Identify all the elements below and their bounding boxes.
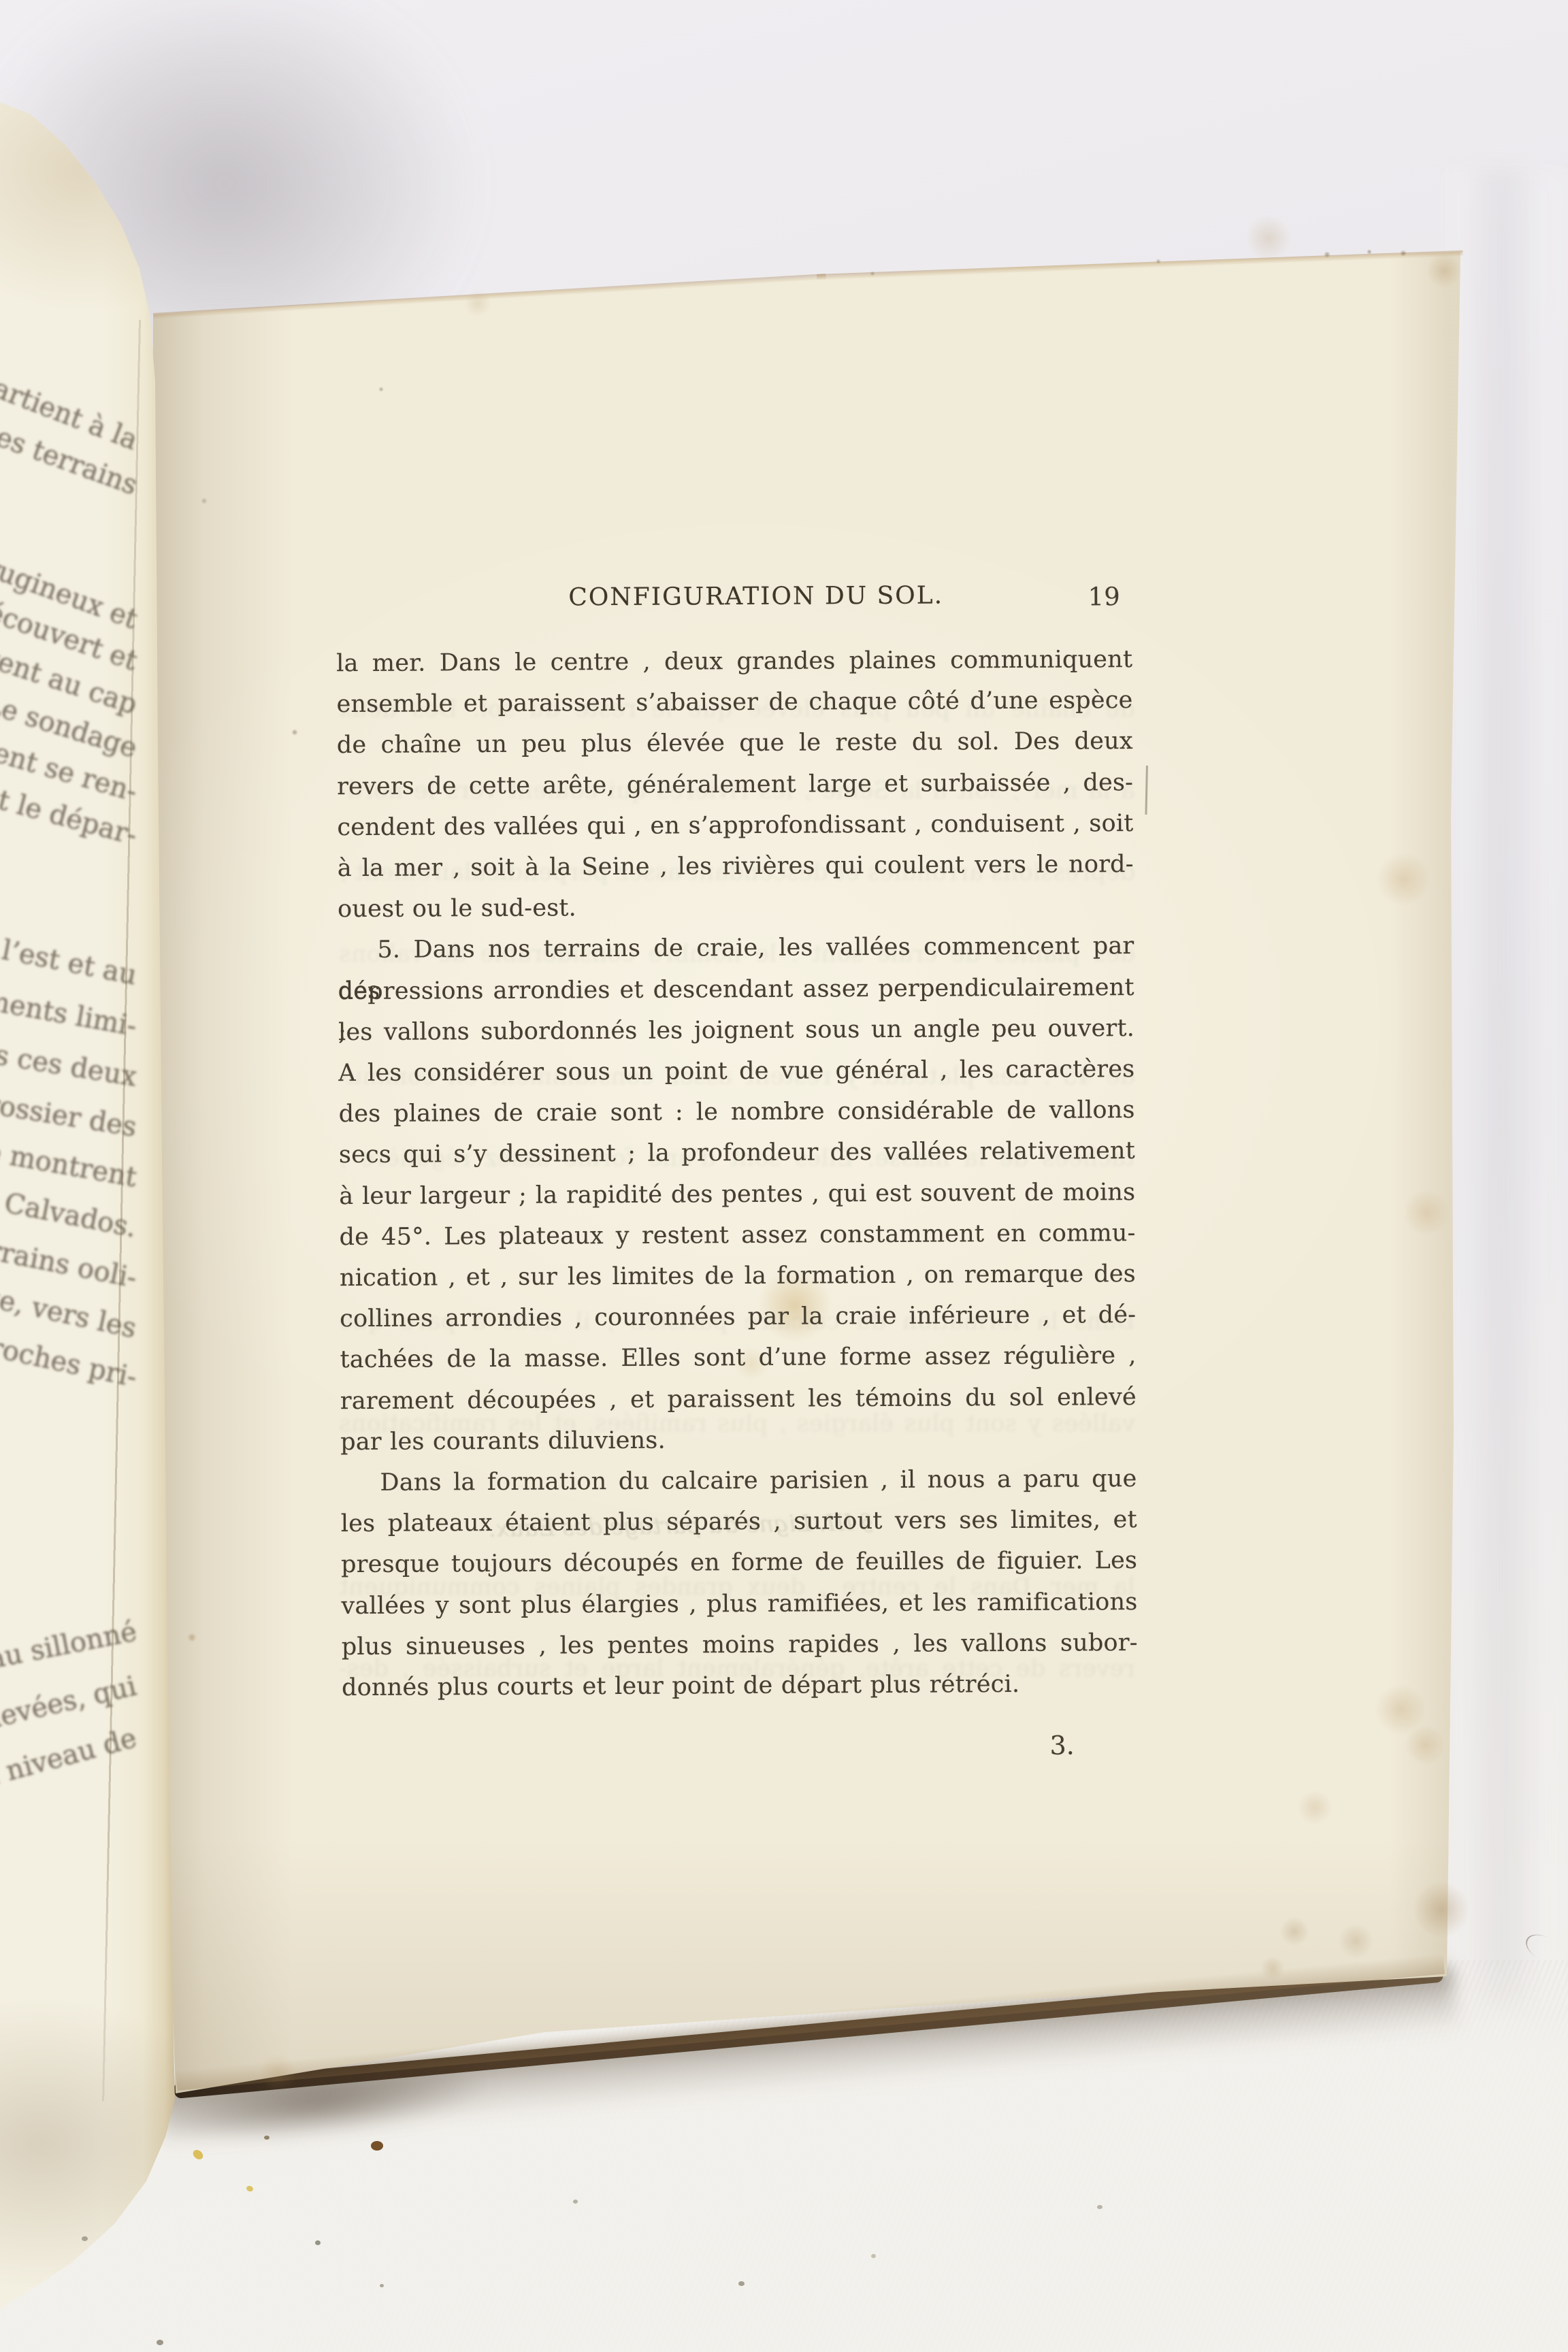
printed-text-layer: CONFIGURATION DU SOL. 19 la mer. Dans le…: [0, 0, 1568, 2352]
text-line: les vallons subordonnés les joignent sou…: [338, 1008, 1134, 1053]
left-page-text-fragment: du niveau de: [0, 1722, 140, 1799]
text-line: cendent des vallées qui , en s’approfond…: [337, 803, 1133, 848]
text-line: des plaines de craie sont : le nombre co…: [339, 1090, 1135, 1134]
text-line: vallées y sont plus élargies , plus rami…: [341, 1582, 1137, 1627]
text-line: par les courants diluviens.: [340, 1418, 1137, 1463]
text-line: presque toujours découpés en forme de fe…: [341, 1540, 1137, 1585]
text-line: A les considérer sous un point de vue gé…: [338, 1049, 1134, 1094]
page-number: 19: [1025, 582, 1120, 612]
text-line: dépressions arrondies et descendant asse…: [338, 967, 1134, 1012]
text-line: tachées de la masse. Elles sont d’une fo…: [340, 1335, 1136, 1380]
text-line: la mer. Dans le centre , deux grandes pl…: [336, 639, 1132, 684]
left-page-text-fragment: teau sillonné: [0, 1616, 139, 1680]
text-line: rarement découpées , et paraissent les t…: [340, 1377, 1137, 1422]
text-line: collines arrondies , couronnées par la c…: [340, 1294, 1136, 1339]
text-line: nication , et , sur les limites de la fo…: [340, 1254, 1136, 1298]
text-line: Dans la formation du calcaire parisien ,…: [340, 1458, 1137, 1503]
signature-mark: 3.: [1049, 1731, 1074, 1761]
text-line: de 45°. Les plateaux y restent assez con…: [339, 1213, 1135, 1258]
text-line: plus sinueuses , les pentes moins rapide…: [342, 1622, 1138, 1667]
text-line: à leur largeur ; la rapidité des pentes …: [339, 1172, 1135, 1217]
text-line: ensemble et paraissent s’abaisser de cha…: [336, 680, 1132, 725]
text-line: donnés plus courts et leur point de dépa…: [342, 1663, 1138, 1708]
text-line: ouest ou le sud-est.: [338, 885, 1134, 930]
text-line: 5. Dans nos terrains de craie, les vallé…: [338, 926, 1134, 970]
margin-ink-mark: [1145, 766, 1148, 815]
left-page-text-fragment: e Calvados.: [0, 1183, 139, 1244]
text-line: à la mer , soit à la Seine , les rivière…: [338, 844, 1134, 889]
text-line: secs qui s’y dessinent ; la profondeur d…: [339, 1130, 1135, 1175]
text-line: de chaîne un peu plus élevée que le rest…: [337, 721, 1133, 766]
text-line: revers de cette arête, généralement larg…: [337, 762, 1133, 807]
book-photo-scene: § III. Ligne du partage des Eaux. de cha…: [0, 0, 1568, 2352]
left-page-text-fragment: dans ces deux: [0, 1032, 139, 1093]
left-page-text-fragment: l, à l’est et au: [0, 925, 139, 992]
text-line: les plateaux étaient plus séparés , surt…: [341, 1499, 1137, 1544]
